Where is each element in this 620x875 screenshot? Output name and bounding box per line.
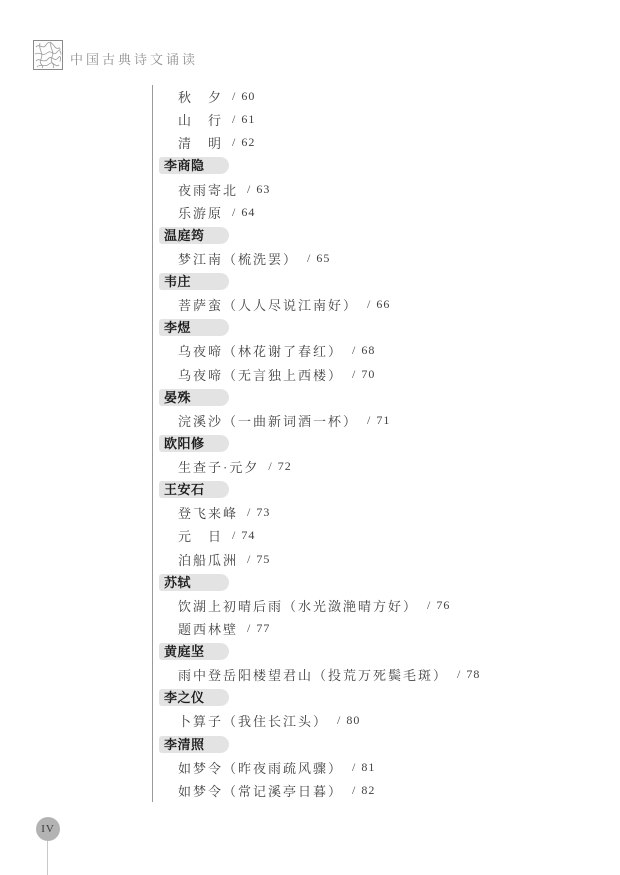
title-page-separator: / bbox=[352, 760, 355, 775]
poem-page-number: 80 bbox=[346, 713, 360, 728]
toc-poet-section-header: 欧阳修 bbox=[153, 432, 592, 455]
toc-entry-row: 雨中登岳阳楼望君山（投荒万死鬓毛斑）/78 bbox=[153, 663, 592, 686]
toc-poet-section-header: 黄庭坚 bbox=[153, 640, 592, 663]
toc-poet-section-header: 李清照 bbox=[153, 733, 592, 756]
toc-entry-row: 秋 夕/60 bbox=[153, 85, 592, 108]
title-page-separator: / bbox=[247, 505, 250, 520]
toc-entry-row: 乐游原/64 bbox=[153, 201, 592, 224]
poem-title: 秋 夕 bbox=[178, 87, 223, 106]
book-brand-header: 中国古典诗文诵读 bbox=[33, 40, 198, 70]
toc-entry-row: 清 明/62 bbox=[153, 131, 592, 154]
poem-page-number: 75 bbox=[256, 552, 270, 567]
poem-page-number: 77 bbox=[256, 621, 270, 636]
poem-title: 泊船瓜洲 bbox=[178, 550, 238, 569]
toc-entry-row: 如梦令（昨夜雨疏风骤）/81 bbox=[153, 756, 592, 779]
poem-page-number: 71 bbox=[376, 413, 390, 428]
toc-list: 秋 夕/60山 行/61清 明/62李商隐夜雨寄北/63乐游原/64温庭筠梦江南… bbox=[152, 85, 592, 802]
poem-title: 浣溪沙（一曲新词酒一杯） bbox=[178, 411, 358, 430]
poem-page-number: 66 bbox=[376, 297, 390, 312]
toc-entry-row: 题西林壁/77 bbox=[153, 617, 592, 640]
poem-title: 登飞来峰 bbox=[178, 503, 238, 522]
poem-page-number: 68 bbox=[361, 343, 375, 358]
toc-entry-row: 乌夜啼（林花谢了春红）/68 bbox=[153, 339, 592, 362]
toc-poet-section-header: 李煜 bbox=[153, 316, 592, 339]
poem-page-number: 60 bbox=[241, 89, 255, 104]
poet-name-badge: 苏轼 bbox=[159, 574, 229, 591]
title-page-separator: / bbox=[337, 713, 340, 728]
poem-page-number: 65 bbox=[316, 251, 330, 266]
toc-poet-section-header: 王安石 bbox=[153, 478, 592, 501]
toc-poet-section-header: 韦庄 bbox=[153, 270, 592, 293]
poem-title: 如梦令（昨夜雨疏风骤） bbox=[178, 758, 343, 777]
poet-name-badge: 欧阳修 bbox=[159, 435, 229, 452]
toc-poet-section-header: 苏轼 bbox=[153, 571, 592, 594]
poet-name-badge: 李清照 bbox=[159, 736, 229, 753]
toc-entry-row: 如梦令（常记溪亭日暮）/82 bbox=[153, 779, 592, 802]
poem-title: 饮湖上初晴后雨（水光潋滟晴方好） bbox=[178, 596, 418, 615]
poem-page-number: 74 bbox=[241, 528, 255, 543]
poem-page-number: 73 bbox=[256, 505, 270, 520]
poem-page-number: 63 bbox=[256, 182, 270, 197]
poem-title: 清 明 bbox=[178, 133, 223, 152]
poem-title: 生查子·元夕 bbox=[178, 457, 259, 476]
title-page-separator: / bbox=[232, 205, 235, 220]
toc-poet-section-header: 温庭筠 bbox=[153, 224, 592, 247]
toc-poet-section-header: 李商隐 bbox=[153, 154, 592, 177]
title-page-separator: / bbox=[367, 297, 370, 312]
poet-name-badge: 韦庄 bbox=[159, 273, 229, 290]
poet-name-badge: 温庭筠 bbox=[159, 227, 229, 244]
title-page-separator: / bbox=[367, 413, 370, 428]
poet-name-badge: 李之仪 bbox=[159, 689, 229, 706]
poem-title: 题西林壁 bbox=[178, 619, 238, 638]
toc-entry-row: 元 日/74 bbox=[153, 524, 592, 547]
title-page-separator: / bbox=[232, 112, 235, 127]
toc-entry-row: 登飞来峰/73 bbox=[153, 501, 592, 524]
seal-stamp-icon bbox=[33, 40, 63, 70]
poem-title: 乐游原 bbox=[178, 203, 223, 222]
toc-entry-row: 菩萨蛮（人人尽说江南好）/66 bbox=[153, 293, 592, 316]
poem-page-number: 78 bbox=[466, 667, 480, 682]
poem-title: 元 日 bbox=[178, 526, 223, 545]
poem-title: 梦江南（梳洗罢） bbox=[178, 249, 298, 268]
poem-title: 雨中登岳阳楼望君山（投荒万死鬓毛斑） bbox=[178, 665, 448, 684]
toc-poet-section-header: 晏殊 bbox=[153, 386, 592, 409]
toc-entry-row: 饮湖上初晴后雨（水光潋滟晴方好）/76 bbox=[153, 594, 592, 617]
page-number-tail-rule bbox=[47, 841, 48, 875]
poem-page-number: 82 bbox=[361, 783, 375, 798]
toc-entry-row: 山 行/61 bbox=[153, 108, 592, 131]
poem-title: 如梦令（常记溪亭日暮） bbox=[178, 781, 343, 800]
poem-page-number: 64 bbox=[241, 205, 255, 220]
page-number-badge: IV bbox=[36, 817, 60, 841]
title-page-separator: / bbox=[232, 135, 235, 150]
toc-entry-row: 乌夜啼（无言独上西楼）/70 bbox=[153, 363, 592, 386]
title-page-separator: / bbox=[247, 552, 250, 567]
poem-title: 卜算子（我住长江头） bbox=[178, 711, 328, 730]
title-page-separator: / bbox=[352, 367, 355, 382]
book-series-title: 中国古典诗文诵读 bbox=[70, 49, 198, 68]
poet-name-badge: 李煜 bbox=[159, 319, 229, 336]
toc-entry-row: 生查子·元夕/72 bbox=[153, 455, 592, 478]
title-page-separator: / bbox=[268, 459, 271, 474]
poem-page-number: 70 bbox=[361, 367, 375, 382]
title-page-separator: / bbox=[232, 89, 235, 104]
poem-page-number: 81 bbox=[361, 760, 375, 775]
poet-name-badge: 晏殊 bbox=[159, 389, 229, 406]
toc-entry-row: 梦江南（梳洗罢）/65 bbox=[153, 247, 592, 270]
poet-name-badge: 黄庭坚 bbox=[159, 643, 229, 660]
poem-page-number: 76 bbox=[436, 598, 450, 613]
title-page-separator: / bbox=[247, 621, 250, 636]
toc-entry-row: 浣溪沙（一曲新词酒一杯）/71 bbox=[153, 409, 592, 432]
toc-entry-row: 夜雨寄北/63 bbox=[153, 178, 592, 201]
title-page-separator: / bbox=[457, 667, 460, 682]
toc-poet-section-header: 李之仪 bbox=[153, 686, 592, 709]
poem-title: 夜雨寄北 bbox=[178, 180, 238, 199]
poem-page-number: 62 bbox=[241, 135, 255, 150]
title-page-separator: / bbox=[247, 182, 250, 197]
poem-page-number: 72 bbox=[278, 459, 292, 474]
poet-name-badge: 王安石 bbox=[159, 481, 229, 498]
toc-entry-row: 泊船瓜洲/75 bbox=[153, 548, 592, 571]
poem-title: 乌夜啼（无言独上西楼） bbox=[178, 365, 343, 384]
poem-title: 菩萨蛮（人人尽说江南好） bbox=[178, 295, 358, 314]
poem-title: 山 行 bbox=[178, 110, 223, 129]
title-page-separator: / bbox=[307, 251, 310, 266]
title-page-separator: / bbox=[352, 343, 355, 358]
book-toc-page: 中国古典诗文诵读 秋 夕/60山 行/61清 明/62李商隐夜雨寄北/63乐游原… bbox=[0, 0, 620, 875]
poem-page-number: 61 bbox=[241, 112, 255, 127]
toc-entry-row: 卜算子（我住长江头）/80 bbox=[153, 709, 592, 732]
title-page-separator: / bbox=[427, 598, 430, 613]
title-page-separator: / bbox=[352, 783, 355, 798]
title-page-separator: / bbox=[232, 528, 235, 543]
poem-title: 乌夜啼（林花谢了春红） bbox=[178, 341, 343, 360]
poet-name-badge: 李商隐 bbox=[159, 157, 229, 174]
